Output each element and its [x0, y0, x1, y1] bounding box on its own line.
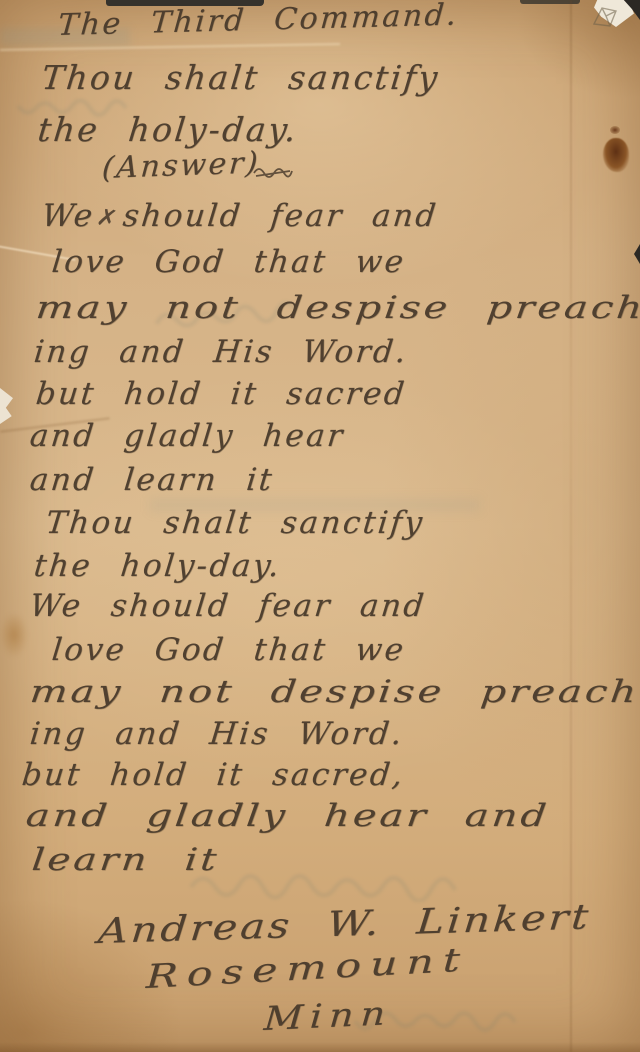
manuscript-page: The Third Command. Thou shalt sanctify t…: [0, 0, 640, 1052]
signature-name: Andreas W. Linkert: [96, 897, 592, 952]
paper-stain: [0, 612, 28, 658]
right-edge-nick: [634, 244, 640, 264]
handwritten-line: love God that we: [50, 632, 407, 668]
handwritten-line: the holy-day.: [32, 548, 283, 584]
signature-state: Minn: [263, 993, 393, 1038]
left-edge-tear: [0, 388, 13, 424]
handwritten-line: but hold it sacred: [34, 376, 408, 412]
handwritten-line: and gladly hear: [28, 418, 346, 454]
handwritten-line: The Third Command.: [57, 0, 460, 43]
handwritten-line: ing and His Word.: [32, 334, 410, 370]
handwritten-line: and gladly hear and: [24, 798, 551, 834]
handwritten-line: Thou shalt sanctify: [40, 58, 442, 97]
handwritten-line: learn it: [30, 842, 221, 878]
pencil-mark-icon: [588, 4, 622, 34]
paper-crease: [570, 0, 572, 1052]
handwritten-line: (Answer): [101, 146, 262, 186]
handwritten-line: and learn it: [28, 462, 276, 498]
ink-scribble: [252, 164, 294, 183]
ink-stain-spot: [603, 138, 629, 172]
handwritten-line: love God that we: [50, 244, 407, 280]
handwritten-line: but hold it sacred,: [20, 757, 407, 793]
handwritten-line: the holy-day.: [36, 110, 300, 149]
edge-shading: [0, 1042, 640, 1052]
handwritten-line: may not despise preach-: [28, 674, 640, 710]
handwritten-line: ing and His Word.: [28, 716, 406, 752]
handwritten-line: We should fear and: [28, 588, 428, 624]
handwritten-line: Thou shalt sanctify: [44, 505, 426, 541]
handwritten-line: may not despise preach-: [34, 290, 640, 326]
ink-stain-dot: [610, 126, 620, 134]
